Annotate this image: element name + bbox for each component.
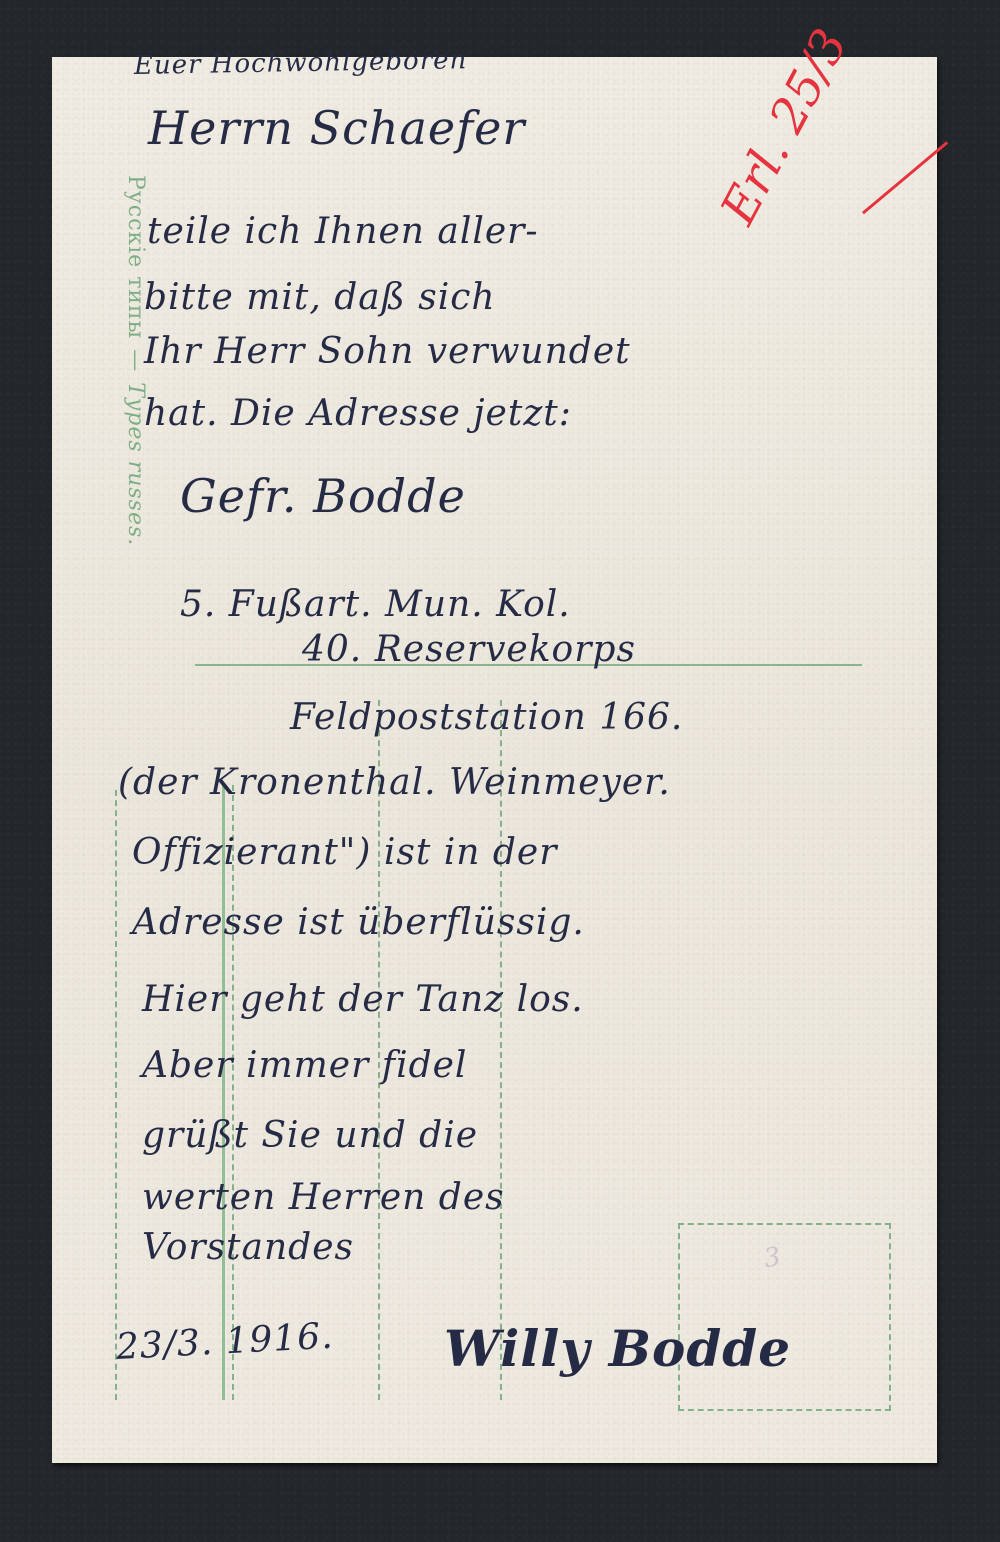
handwritten-line: Vorstandes bbox=[142, 1227, 354, 1268]
handwritten-line-recipient: Gefr. Bodde bbox=[180, 469, 466, 523]
handwritten-line: teile ich Ihnen aller- bbox=[147, 211, 539, 252]
handwritten-signature: Willy Bodde bbox=[444, 1319, 791, 1378]
dotted-column-line-2 bbox=[232, 785, 234, 1400]
handwritten-line: hat. Die Adresse jetzt: bbox=[144, 393, 572, 434]
handwritten-line: Euer Hochwohlgeboren bbox=[134, 45, 468, 81]
handwritten-line: Aber immer fidel bbox=[142, 1045, 467, 1086]
handwritten-line: Feldpoststation 166. bbox=[290, 697, 683, 738]
handwritten-line: Hier geht der Tanz los. bbox=[142, 979, 584, 1020]
stamp-box: 3 bbox=[678, 1223, 891, 1411]
handwritten-date: 23/3. 1916. bbox=[115, 1316, 335, 1368]
handwritten-line: grüßt Sie und die bbox=[142, 1115, 478, 1156]
handwritten-line: bitte mit, daß sich bbox=[144, 277, 496, 318]
handwritten-line: Ihr Herr Sohn verwundet bbox=[144, 331, 631, 372]
dotted-column-line-1 bbox=[115, 790, 117, 1400]
dotted-column-line-4 bbox=[500, 700, 502, 1400]
handwritten-line: Offizierant") ist in der bbox=[132, 832, 557, 873]
faint-stamp-mark: 3 bbox=[762, 1242, 784, 1274]
handwritten-line-unit: 5. Fußart. Mun. Kol. bbox=[180, 584, 571, 625]
handwritten-line: werten Herren des bbox=[142, 1177, 505, 1218]
handwritten-line: (der Kronenthal. Weinmeyer. bbox=[118, 762, 671, 803]
handwritten-line: Herrn Schaefer bbox=[148, 101, 525, 155]
red-slash-mark bbox=[862, 141, 948, 214]
red-annotation: Erl. 25/3 bbox=[710, 20, 859, 233]
handwritten-line-corps: 40. Reservekorps bbox=[302, 629, 636, 670]
handwritten-line: Adresse ist überflüssig. bbox=[132, 902, 585, 943]
center-divider-line bbox=[222, 785, 225, 1400]
postcard: Русскiе типы—Types russes. 3 Erl. 25/3 E… bbox=[52, 57, 937, 1463]
